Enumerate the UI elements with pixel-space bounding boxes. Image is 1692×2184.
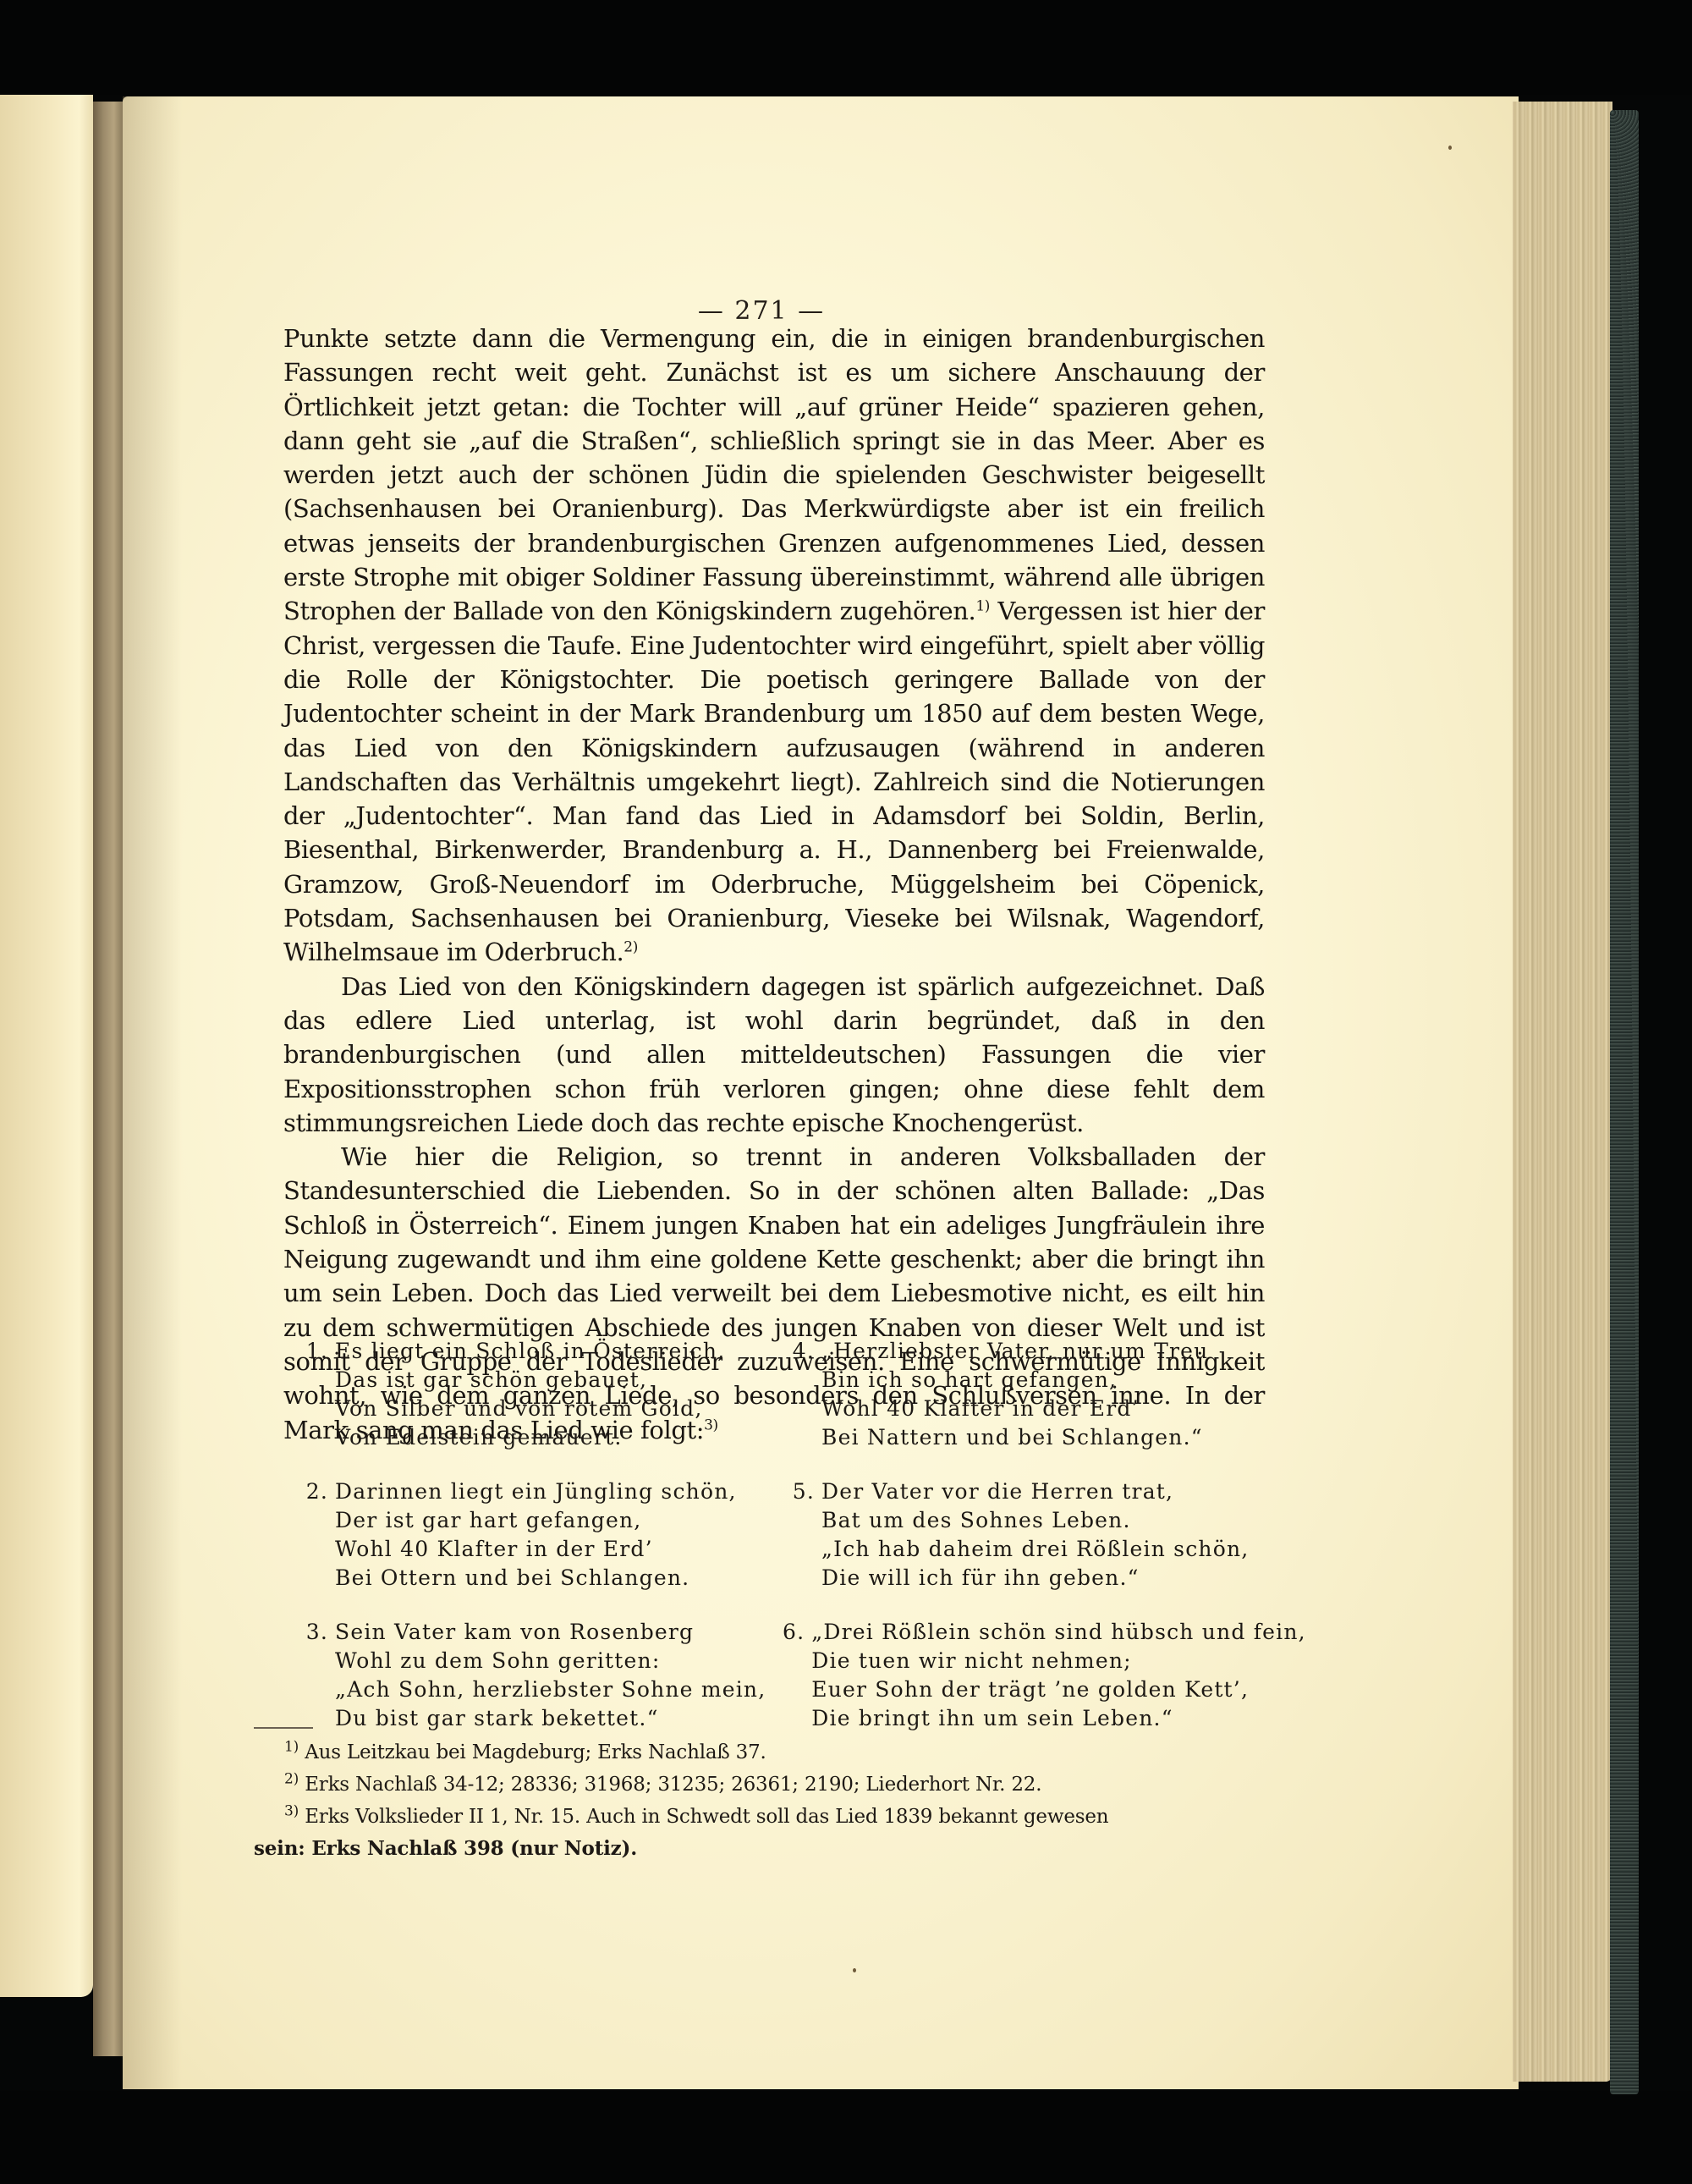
verse-line: Das ist gar schön gebauet, bbox=[335, 1366, 725, 1395]
paragraph-text: Punkte setzte dann die Vermengung ein, d… bbox=[283, 324, 1265, 625]
left-page-edge bbox=[0, 95, 93, 1997]
book-gutter bbox=[93, 102, 123, 2056]
paragraph-2: Das Lied von den Königskindern dagegen i… bbox=[283, 970, 1265, 1140]
paragraph-1: Punkte setzte dann die Vermengung ein, d… bbox=[283, 322, 1265, 970]
stanza: 3. Sein Vater kam von Rosenberg Wohl zu … bbox=[296, 1618, 783, 1733]
stanza-lines: Sein Vater kam von Rosenberg Wohl zu dem… bbox=[335, 1618, 766, 1733]
prose: Punkte setzte dann die Vermengung ein, d… bbox=[283, 322, 1265, 1447]
ballad-verses: 1. Es liegt ein Schloß in Österreich, Da… bbox=[296, 1337, 1269, 1733]
verse-line: Bat um des Sohnes Leben. bbox=[821, 1506, 1249, 1535]
paper-speck bbox=[1448, 146, 1452, 150]
footnote-3-continuation: sein: Erks Nachlaß 398 (nur Notiz). bbox=[254, 1833, 1227, 1865]
verse-line: Wohl 40 Klafter in der Erd’ bbox=[821, 1395, 1208, 1423]
stanza-number: 1. bbox=[296, 1337, 335, 1452]
verse-line: Die bringt ihn um sein Leben.“ bbox=[811, 1704, 1306, 1733]
verse-line: „Ich hab daheim drei Rößlein schön, bbox=[821, 1535, 1249, 1564]
stanza: 1. Es liegt ein Schloß in Österreich, Da… bbox=[296, 1337, 783, 1452]
verse-line: Du bist gar stark bekettet.“ bbox=[335, 1704, 766, 1733]
footnote-text: Erks Nachlaß 34-12; 28336; 31968; 31235;… bbox=[305, 1774, 1041, 1796]
footnote-mark: 3) bbox=[284, 1802, 299, 1819]
stanza-number: 5. bbox=[783, 1477, 821, 1593]
verse-line: Euer Sohn der trägt ’ne golden Kett’, bbox=[811, 1675, 1306, 1704]
stanza: 4. „Herzliebster Vater, nur um Treu Bin … bbox=[783, 1337, 1269, 1452]
stanza-number: 2. bbox=[296, 1477, 335, 1593]
footnote-2: 2) Erks Nachlaß 34-12; 28336; 31968; 312… bbox=[254, 1769, 1227, 1801]
footnote-mark: 1) bbox=[284, 1738, 299, 1755]
stanza-number: 4. bbox=[783, 1337, 821, 1452]
footnote-divider bbox=[254, 1727, 313, 1729]
verse-line: Bin ich so hart gefangen, bbox=[821, 1366, 1208, 1395]
stanza-lines: „Drei Rößlein schön sind hübsch und fein… bbox=[811, 1618, 1306, 1733]
verse-line: Darinnen liegt ein Jüngling schön, bbox=[335, 1477, 737, 1506]
verse-line: „Drei Rößlein schön sind hübsch und fein… bbox=[811, 1618, 1306, 1647]
footnote-ref-2[interactable]: 2) bbox=[624, 939, 638, 956]
verse-line: Der Vater vor die Herren trat, bbox=[821, 1477, 1249, 1506]
verse-line: Bei Nattern und bei Schlangen.“ bbox=[821, 1423, 1208, 1452]
page-curvature-shadow bbox=[123, 96, 182, 2089]
verse-line: Wohl 40 Klafter in der Erd’ bbox=[335, 1535, 737, 1564]
stanza: 6. „Drei Rößlein schön sind hübsch und f… bbox=[783, 1618, 1269, 1733]
verse-line: Die tuen wir nicht nehmen; bbox=[811, 1647, 1306, 1675]
stanza: 5. Der Vater vor die Herren trat, Bat um… bbox=[783, 1477, 1269, 1593]
footnote-text: Aus Leitzkau bei Magdeburg; Erks Nachlaß… bbox=[305, 1741, 766, 1763]
stanza-lines: Der Vater vor die Herren trat, Bat um de… bbox=[821, 1477, 1249, 1593]
verse-line: Der ist gar hart gefangen, bbox=[335, 1506, 737, 1535]
verse-line: Sein Vater kam von Rosenberg bbox=[335, 1618, 766, 1647]
verse-line: Es liegt ein Schloß in Österreich, bbox=[335, 1337, 725, 1366]
verse-line: „Herzliebster Vater, nur um Treu bbox=[821, 1337, 1208, 1366]
verse-line: Die will ich für ihn geben.“ bbox=[821, 1564, 1249, 1593]
body-text: Punkte setzte dann die Vermengung ein, d… bbox=[283, 322, 1265, 1447]
page-edges-stack bbox=[1513, 102, 1612, 2082]
book-cover-top bbox=[0, 0, 1692, 95]
footnotes: 1) Aus Leitzkau bei Magdeburg; Erks Nach… bbox=[254, 1736, 1227, 1865]
verse-line: Wohl zu dem Sohn geritten: bbox=[335, 1647, 766, 1675]
footnote-mark: 2) bbox=[284, 1770, 299, 1787]
cloth-binding bbox=[1610, 110, 1639, 2094]
stanza-lines: Es liegt ein Schloß in Österreich, Das i… bbox=[335, 1337, 725, 1452]
footnote-3: 3) Erks Volkslieder II 1, Nr. 15. Auch i… bbox=[254, 1801, 1227, 1833]
stanza-lines: Darinnen liegt ein Jüngling schön, Der i… bbox=[335, 1477, 737, 1593]
stanza-lines: „Herzliebster Vater, nur um Treu Bin ich… bbox=[821, 1337, 1208, 1452]
verse-line: Von Silber und von rotem Gold, bbox=[335, 1395, 725, 1423]
verse-line: „Ach Sohn, herzliebster Sohne mein, bbox=[335, 1675, 766, 1704]
footnote-1: 1) Aus Leitzkau bei Magdeburg; Erks Nach… bbox=[254, 1736, 1227, 1769]
paragraph-text: Vergessen ist hier der Christ, vergessen… bbox=[283, 597, 1265, 966]
stanza: 2. Darinnen liegt ein Jüngling schön, De… bbox=[296, 1477, 783, 1593]
book-cover-bottom bbox=[0, 2091, 1692, 2184]
verse-line: Von Edelstein gemauert. bbox=[335, 1423, 725, 1452]
stanza-number: 6. bbox=[783, 1618, 811, 1733]
verse-line: Bei Ottern und bei Schlangen. bbox=[335, 1564, 737, 1593]
footnote-text: Erks Volkslieder II 1, Nr. 15. Auch in S… bbox=[305, 1806, 1108, 1828]
paper-speck bbox=[853, 1968, 856, 1972]
footnote-ref-1[interactable]: 1) bbox=[975, 598, 990, 615]
stanza-number: 3. bbox=[296, 1618, 335, 1733]
